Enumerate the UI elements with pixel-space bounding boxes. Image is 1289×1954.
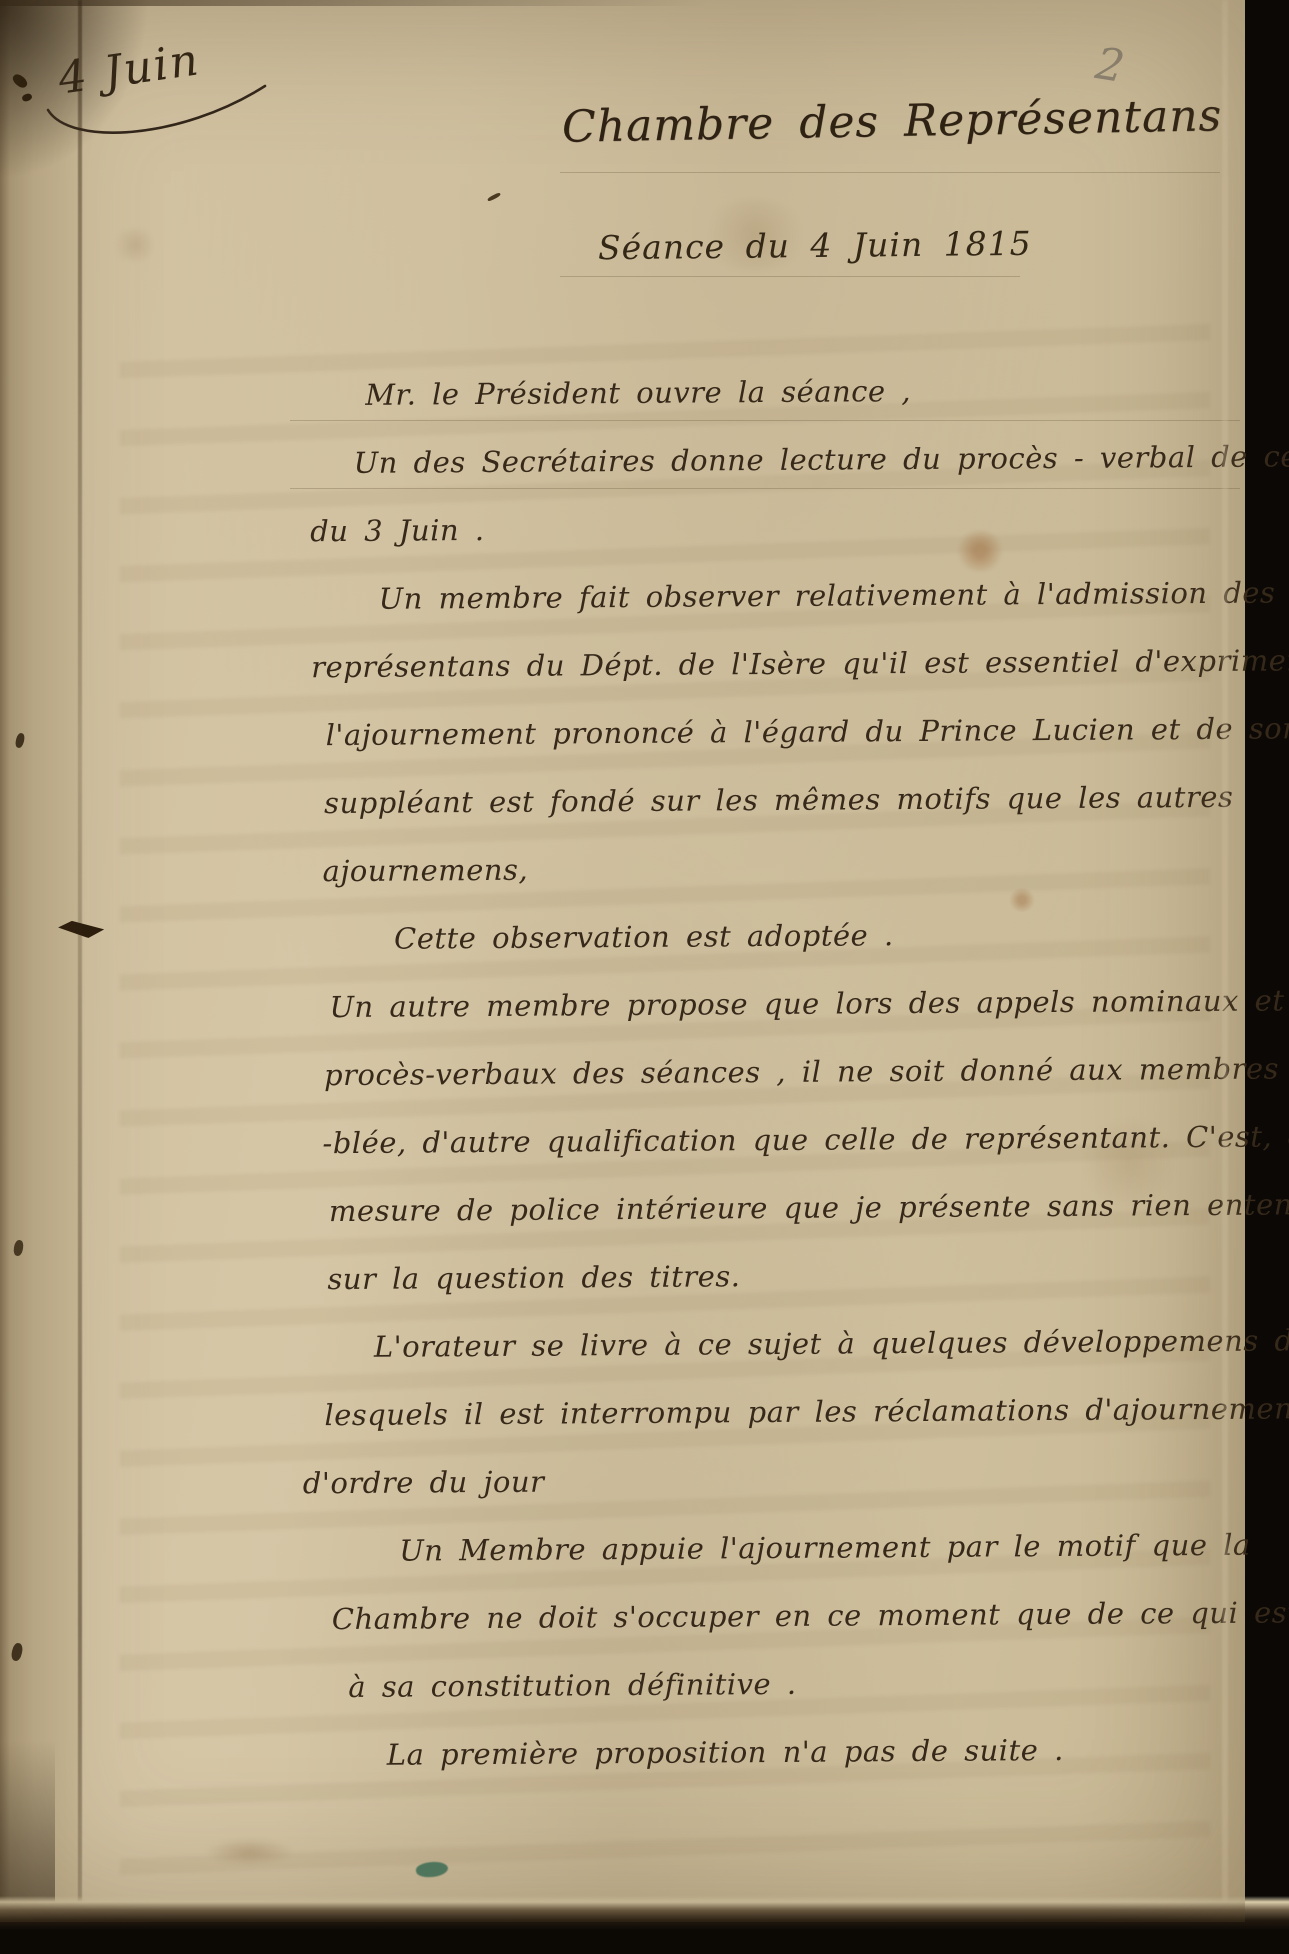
- manuscript-line-8: ajournemens,: [298, 831, 1243, 906]
- manuscript-line-12: -blée, d'autre qualification que celle d…: [300, 1103, 1245, 1178]
- manuscript-line-13: mesure de police intérieure que je prése…: [301, 1171, 1246, 1246]
- manuscript-line-10: Un autre membre propose que lors des app…: [299, 967, 1244, 1042]
- manuscript-line-16: lesquels il est interrompu par les récla…: [302, 1375, 1247, 1450]
- manuscript-line-11: procès-verbaux des séances , il ne soit …: [300, 1035, 1245, 1110]
- manuscript-line-17: d'ordre du jour: [303, 1443, 1248, 1518]
- manuscript-line-19: Chambre ne doit s'occuper en ce moment q…: [304, 1579, 1249, 1654]
- manuscript-line-15: L'orateur se livre à ce sujet à quelques…: [302, 1307, 1247, 1382]
- top-edge-shadow: [0, 0, 709, 6]
- manuscript-line-2: Un des Secrétaires donne lecture du proc…: [296, 423, 1241, 498]
- book-bottom-edge: [0, 1896, 1289, 1954]
- guide-line: [560, 172, 1220, 173]
- manuscript-line-5: représentans du Dépt. de l'Isère qu'il e…: [297, 627, 1242, 702]
- session-date-line: Séance du 4 Juin 1815: [598, 224, 1032, 268]
- guide-line: [560, 276, 1020, 277]
- bottom-left-shadow: [0, 1740, 55, 1922]
- manuscript-line-7: suppléant est fondé sur les mêmes motifs…: [298, 763, 1243, 838]
- manuscript-line-6: l'ajournement prononcé à l'égard du Prin…: [297, 695, 1242, 770]
- manuscript-line-14: sur la question des titres.: [301, 1239, 1246, 1314]
- manuscript-line-1: Mr. le Président ouvre la séance ,: [295, 355, 1240, 430]
- manuscript-line-21: La première proposition n'a pas de suite…: [305, 1715, 1250, 1790]
- body-text: Mr. le Président ouvre la séance ,Un des…: [295, 355, 1250, 1790]
- manuscript-scan: 4 Juin 2 Chambre des Représentans Séance…: [0, 0, 1289, 1954]
- binding-gutter: [0, 0, 80, 1922]
- book-right-edge: [1205, 0, 1289, 1954]
- manuscript-line-20: à sa constitution définitive .: [304, 1647, 1249, 1722]
- manuscript-line-3: du 3 Juin .: [296, 491, 1241, 566]
- manuscript-line-4: Un membre fait observer relativement à l…: [296, 559, 1241, 634]
- manuscript-line-18: Un Membre appuie l'ajournement par le mo…: [303, 1511, 1248, 1586]
- manuscript-line-9: Cette observation est adoptée .: [299, 899, 1244, 974]
- gutter-crease: [78, 0, 82, 1910]
